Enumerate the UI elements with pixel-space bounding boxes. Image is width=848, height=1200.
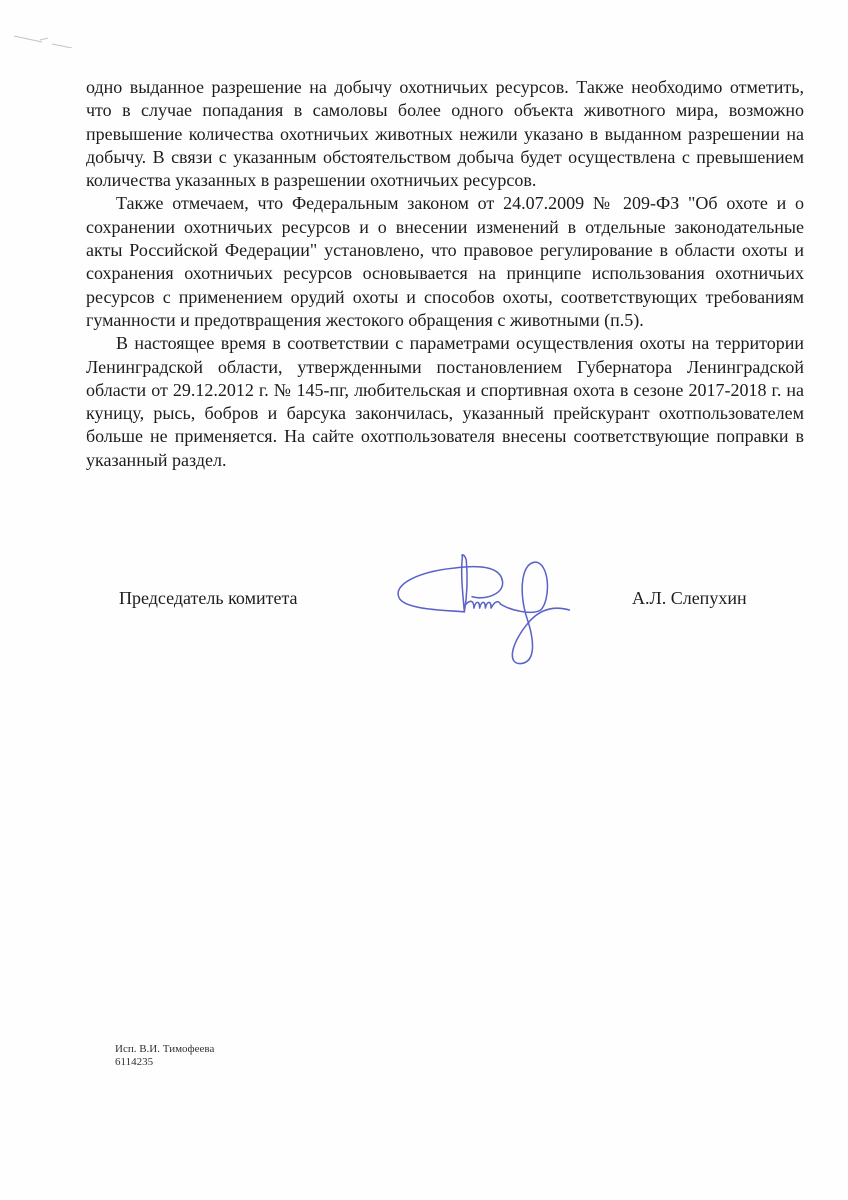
paragraph-3: В настоящее время в соответствии с парам… — [86, 332, 804, 472]
executor-name: Исп. В.И. Тимофеева — [115, 1043, 214, 1056]
paragraph-2: Также отмечаем, что Федеральным законом … — [86, 192, 804, 332]
paragraph-1: одно выданное разрешение на добычу охотн… — [86, 76, 804, 192]
signature-block: Председатель комитета А.Л. Слепухин — [0, 578, 848, 708]
scan-artifact-mark — [12, 28, 92, 48]
position-title: Председатель комитета — [119, 588, 298, 609]
executor-phone: 6114235 — [115, 1056, 214, 1069]
executor-note: Исп. В.И. Тимофеева 6114235 — [115, 1043, 214, 1069]
signer-name: А.Л. Слепухин — [632, 588, 747, 609]
letter-body: одно выданное разрешение на добычу охотн… — [86, 76, 804, 472]
document-page: одно выданное разрешение на добычу охотн… — [0, 0, 848, 1200]
handwritten-signature-icon — [388, 540, 598, 680]
